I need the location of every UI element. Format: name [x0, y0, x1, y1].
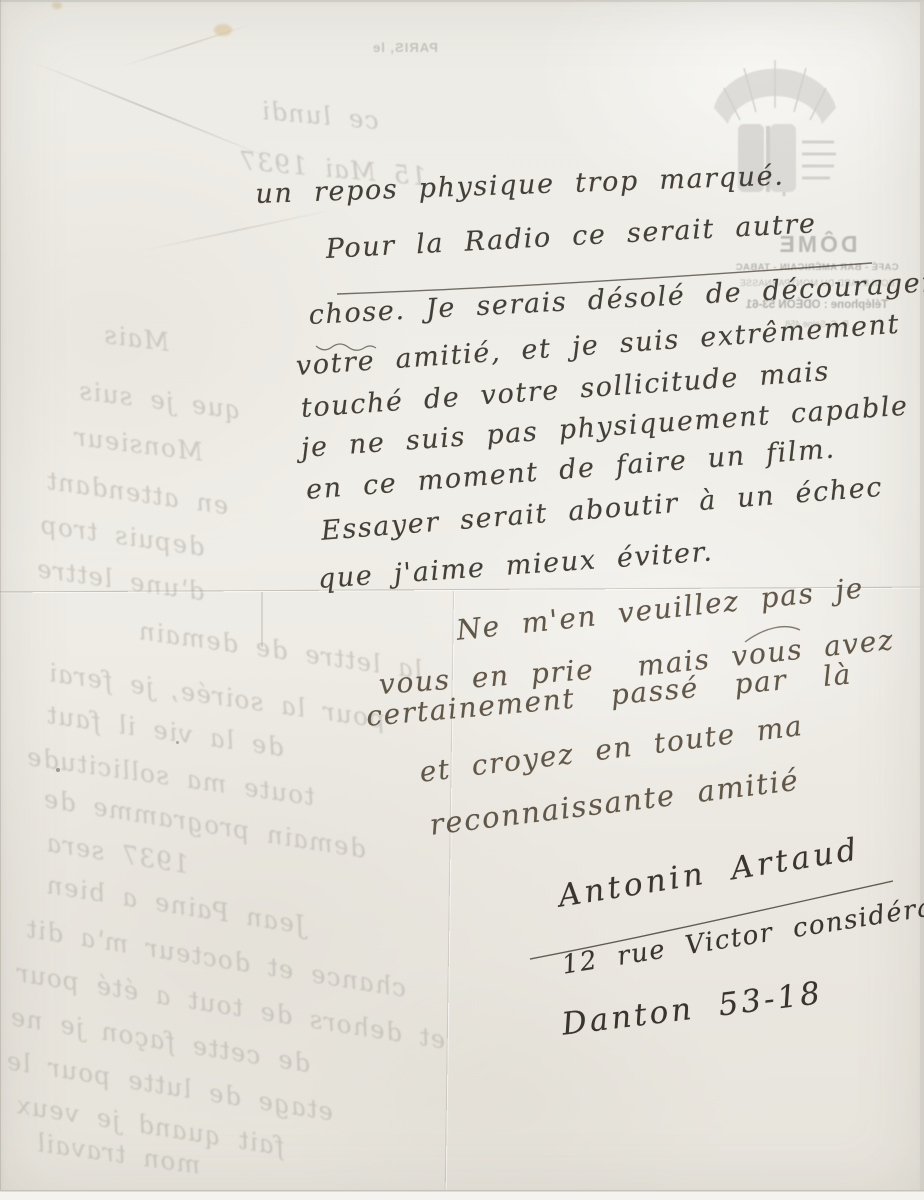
bleedthrough-line: Monsieur — [71, 422, 204, 467]
fold-crease-stub — [261, 592, 263, 647]
ink-speck — [56, 768, 60, 772]
bleedthrough-line: Mais — [101, 320, 170, 357]
paper-crease — [120, 23, 254, 68]
paper-stain — [52, 2, 62, 9]
bleedthrough-line: d'une lettre — [34, 554, 206, 606]
bleedthrough-date-line: ce lundi — [259, 96, 380, 135]
scan-edge-top — [0, 0, 924, 2]
body-line: que j'aime mieux éviter. — [317, 537, 714, 594]
scan-edge-right — [920, 0, 924, 1200]
letter-page: PARIS, le DÔME CAFÉ - BAR AMÉRICAIN - TA… — [0, 0, 924, 1200]
paper-crease — [30, 60, 272, 159]
ink-speck — [176, 741, 179, 744]
signature: Antonin Artaud — [556, 832, 863, 913]
scan-edge-left — [0, 0, 1, 1200]
scan-edge-bottom — [0, 1190, 924, 1200]
phone-line: Danton 53-18 — [560, 976, 825, 1042]
paper-crease — [140, 208, 336, 251]
letterhead-city-line: PARIS, le — [372, 40, 438, 55]
bleedthrough-line: que je suis — [76, 376, 242, 425]
paper-stain — [214, 24, 232, 36]
bleedthrough-line: en attendant — [44, 466, 231, 520]
bleedthrough-line: 1937 sera — [43, 828, 191, 879]
bleedthrough-line: depuis trop — [38, 510, 206, 562]
